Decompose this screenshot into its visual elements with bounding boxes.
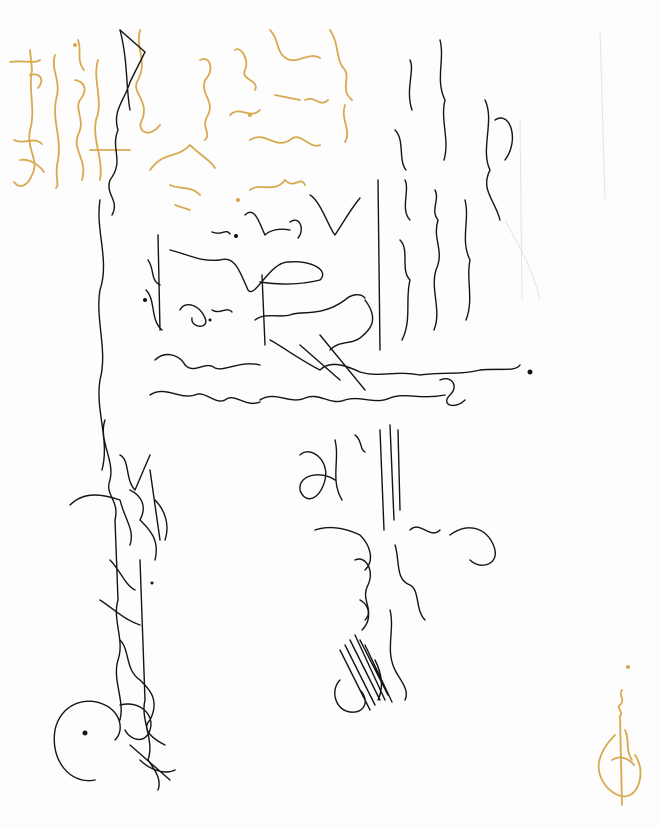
faint-traces [505, 30, 605, 300]
black-spike [109, 30, 145, 215]
black-grid [146, 40, 512, 350]
center-vertical-column [300, 425, 495, 712]
asemic-drawing [0, 0, 660, 828]
gold-signature [599, 690, 641, 805]
left-vertical-column [54, 200, 175, 790]
gold-block [10, 30, 352, 210]
artwork-sheet: Asemic calligraphy scan [0, 0, 660, 828]
gold-signature-dot [626, 665, 630, 669]
